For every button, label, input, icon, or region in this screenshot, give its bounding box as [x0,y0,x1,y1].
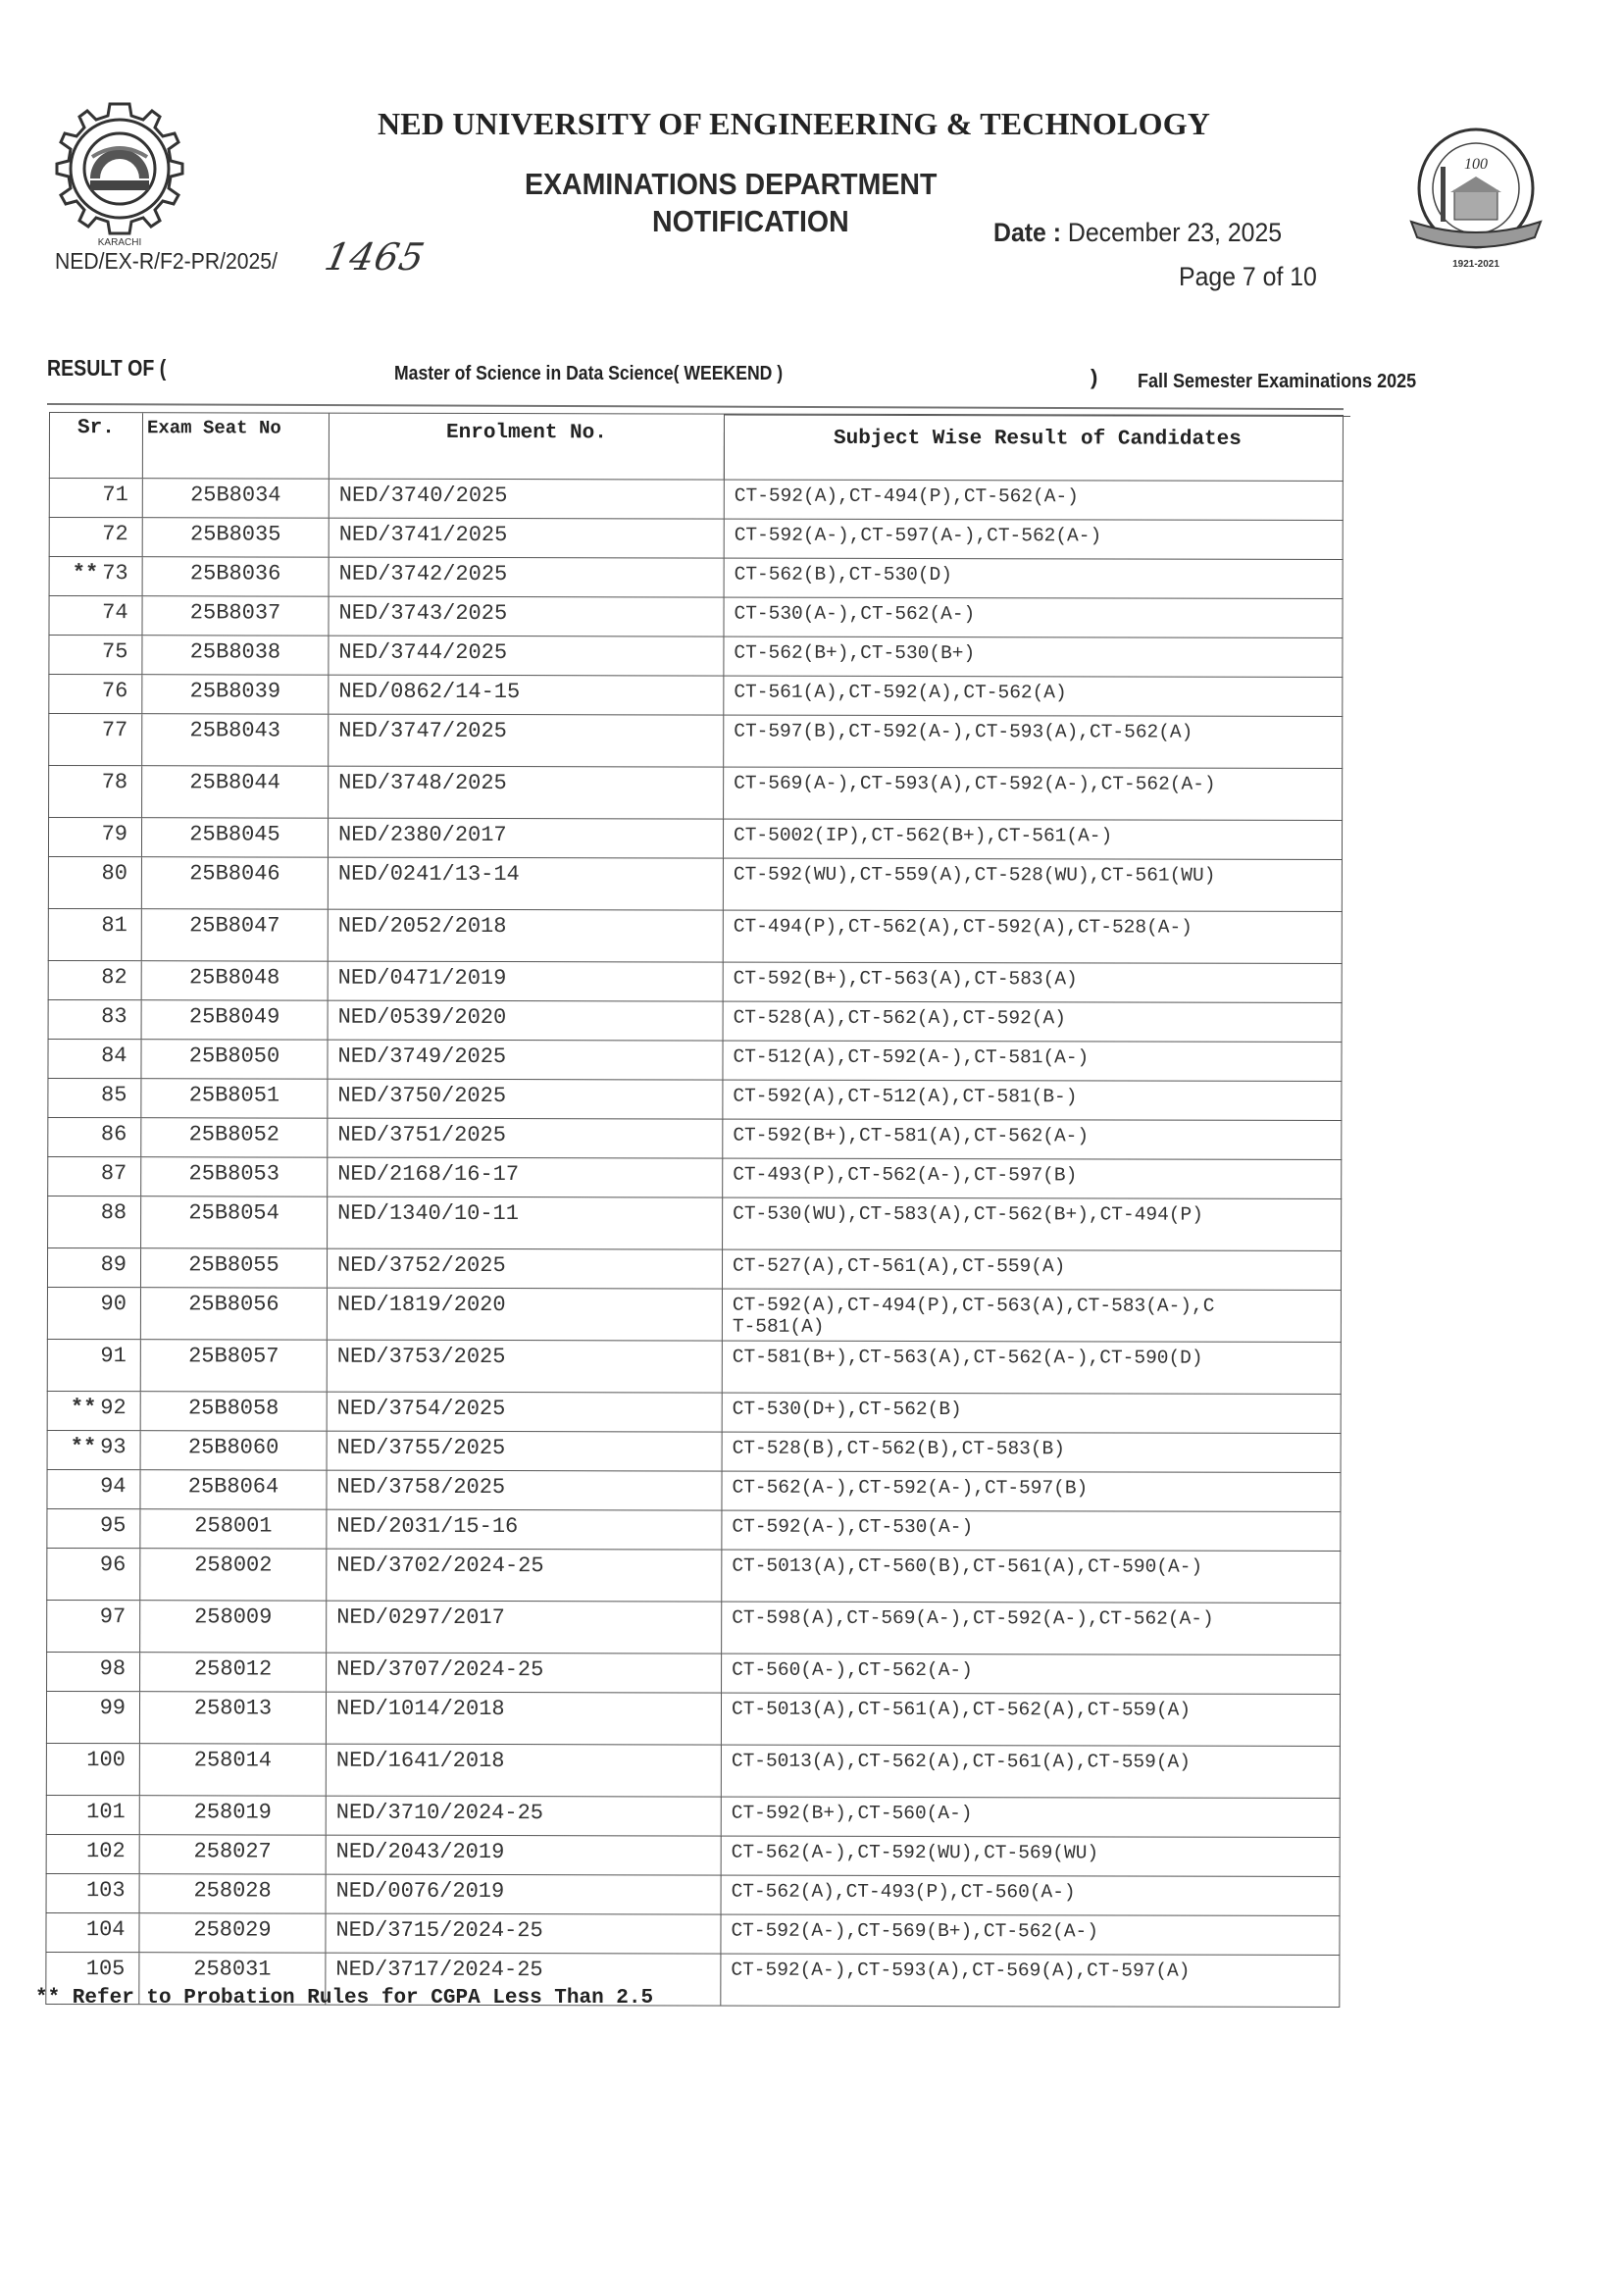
table-row: 7525B8038NED/3744/2025CT-562(B+),CT-530(… [48,635,1343,677]
cell-exam-seat-no: 25B8049 [142,1000,329,1039]
date-value: December 23, 2025 [1068,218,1282,247]
sr-number: 88 [101,1200,127,1225]
cell-enrolment-no: NED/3710/2024-25 [327,1797,722,1836]
sr-number: 105 [86,1957,126,1981]
table-row: 8625B8052NED/3751/2025CT-592(B+),CT-581(… [47,1117,1342,1159]
sr-number: 72 [102,522,127,546]
cell-sr: 85 [48,1079,141,1117]
cell-subject-result: CT-560(A-),CT-562(A-) [722,1655,1342,1694]
table-row: 8925B8055NED/3752/2025CT-527(A),CT-561(A… [47,1247,1342,1290]
cell-exam-seat-no: 258009 [140,1601,327,1652]
cell-sr: 74 [49,596,142,635]
reference-number: NED/EX-R/F2-PR/2025/ [55,248,278,275]
column-header-seat: Exam Seat No [143,413,330,478]
cell-subject-result: CT-5013(A),CT-562(A),CT-561(A),CT-559(A) [722,1746,1342,1798]
table-body: 7125B8034NED/3740/2025CT-592(A),CT-494(P… [45,478,1344,2008]
cell-enrolment-no: NED/1819/2020 [328,1289,723,1341]
cell-enrolment-no: NED/3748/2025 [329,767,724,819]
cell-enrolment-no: NED/3702/2024-25 [327,1550,722,1602]
sr-number: 74 [102,600,127,625]
cell-subject-result: CT-530(A-),CT-562(A-) [724,598,1344,637]
sr-number: 86 [101,1122,127,1146]
cell-exam-seat-no: 258029 [139,1913,326,1952]
handwritten-reference: 1465 [321,235,429,279]
cell-enrolment-no: NED/0862/14-15 [329,676,724,715]
cell-exam-seat-no: 25B8056 [141,1288,328,1339]
cell-subject-result: CT-530(WU),CT-583(A),CT-562(B+),CT-494(P… [723,1198,1343,1250]
cell-subject-result: CT-592(A),CT-494(P),CT-562(A-) [725,481,1345,520]
cell-subject-result: CT-569(A-),CT-593(A),CT-592(A-),CT-562(A… [724,768,1344,820]
cell-exam-seat-no: 25B8060 [141,1431,328,1469]
sr-number: 94 [100,1474,126,1499]
semester-name: Fall Semester Examinations 2025 [1138,371,1416,393]
cell-enrolment-no: NED/2168/16-17 [328,1158,723,1197]
cell-enrolment-no: NED/3741/2025 [330,519,725,558]
table-row: 103258028NED/0076/2019CT-562(A),CT-493(P… [46,1873,1341,1915]
table-header: Sr. Exam Seat No Enrolment No. Subject W… [49,412,1344,481]
cell-sr: 100 [47,1744,140,1795]
cell-subject-result: CT-512(A),CT-592(A-),CT-581(A-) [723,1042,1343,1081]
sr-number: 102 [86,1839,126,1863]
cell-enrolment-no: NED/1641/2018 [327,1745,722,1797]
cell-enrolment-no: NED/3742/2025 [330,558,725,597]
cell-enrolment-no: NED/3758/2025 [327,1471,722,1510]
cell-exam-seat-no: 25B8047 [142,909,329,960]
cell-sr: **92 [48,1392,141,1430]
cell-enrolment-no: NED/2052/2018 [329,910,724,962]
cell-enrolment-no: NED/3752/2025 [328,1249,723,1289]
svg-text:KARACHI: KARACHI [98,237,141,248]
sr-number: 80 [101,861,127,886]
cell-subject-result: CT-592(WU),CT-559(A),CT-528(WU),CT-561(W… [724,859,1344,911]
table-row: 7225B8035NED/3741/2025CT-592(A-),CT-597(… [49,517,1344,559]
table-row: 7825B8044NED/3748/2025CT-569(A-),CT-593(… [48,765,1343,820]
cell-exam-seat-no: 258013 [140,1692,327,1743]
sr-number: 79 [102,822,127,846]
sr-number: 99 [100,1696,126,1720]
cell-sr: 90 [48,1288,141,1339]
table-row: 7625B8039NED/0862/14-15CT-561(A),CT-592(… [48,674,1343,716]
sr-number: 92 [100,1396,126,1420]
page-number: Page 7 of 10 [1179,262,1317,292]
sr-number: 81 [101,913,127,938]
cell-subject-result: CT-581(B+),CT-563(A),CT-562(A-),CT-590(D… [723,1342,1343,1394]
table-row: 8825B8054NED/1340/10-11CT-530(WU),CT-583… [47,1196,1342,1250]
cell-enrolment-no: NED/0297/2017 [327,1602,722,1654]
cell-sr: 81 [49,909,142,960]
sr-number: 93 [100,1435,126,1459]
cell-sr: 89 [48,1248,141,1287]
cell-sr: 72 [50,518,143,556]
cell-subject-result: CT-562(B+),CT-530(B+) [724,637,1344,677]
cell-subject-result: CT-5002(IP),CT-562(B+),CT-561(A-) [724,820,1344,859]
cell-sr: 78 [49,766,142,817]
sr-number: 87 [101,1161,127,1186]
cell-sr: 103 [47,1874,140,1912]
cell-sr: 91 [48,1340,141,1391]
cell-subject-result: CT-592(A-),CT-593(A),CT-569(A),CT-597(A) [721,1955,1341,2007]
cell-subject-result: CT-561(A),CT-592(A),CT-562(A) [724,677,1344,716]
result-of-close: ) [1091,365,1097,390]
sr-number: 90 [101,1292,127,1316]
table-row: 7125B8034NED/3740/2025CT-592(A),CT-494(P… [49,478,1344,520]
cell-enrolment-no: NED/0539/2020 [329,1001,724,1041]
table-row: 9025B8056NED/1819/2020CT-592(A),CT-494(P… [47,1287,1342,1342]
sr-number: 89 [101,1252,127,1277]
cell-exam-seat-no: 25B8044 [142,766,329,817]
cell-exam-seat-no: 25B8036 [143,557,330,595]
divider [47,403,1344,410]
cell-exam-seat-no: 25B8057 [141,1340,328,1391]
ned-university-logo-icon: KARACHI [41,98,198,255]
table-row: 104258029NED/3715/2024-25CT-592(A-),CT-5… [45,1912,1340,1955]
cell-sr: 99 [47,1692,140,1743]
sr-number: 75 [102,639,127,664]
probation-flag: ** [73,561,98,585]
sr-number: 103 [86,1878,126,1903]
sr-number: 84 [101,1044,127,1068]
cell-exam-seat-no: 25B8039 [142,675,329,713]
column-header-enrolment: Enrolment No. [330,414,725,480]
table-row: 101258019NED/3710/2024-25CT-592(B+),CT-5… [46,1795,1341,1837]
column-header-result: Subject Wise Result of Candidates [724,415,1350,481]
table-row: 8225B8048NED/0471/2019CT-592(B+),CT-563(… [48,960,1343,1002]
cell-sr: 84 [48,1040,141,1078]
table-row: 9425B8064NED/3758/2025CT-562(A-),CT-592(… [46,1469,1341,1511]
table-row: 99258013NED/1014/2018CT-5013(A),CT-561(A… [46,1691,1341,1746]
table-row: **9225B8058NED/3754/2025CT-530(D+),CT-56… [47,1391,1342,1433]
department-name: EXAMINATIONS DEPARTMENT [525,167,937,202]
table-row: **7325B8036NED/3742/2025CT-562(B),CT-530… [49,556,1344,598]
cell-subject-result: CT-562(A-),CT-592(A-),CT-597(B) [722,1472,1342,1511]
cell-subject-result: CT-5013(A),CT-561(A),CT-562(A),CT-559(A) [722,1694,1342,1746]
cell-enrolment-no: NED/3753/2025 [328,1341,723,1393]
cell-subject-result: CT-592(A),CT-512(A),CT-581(B-) [723,1081,1343,1120]
cell-enrolment-no: NED/3740/2025 [330,480,725,519]
cell-sr: 79 [49,818,142,856]
cell-subject-result: CT-527(A),CT-561(A),CT-559(A) [723,1250,1343,1290]
results-table: Sr. Exam Seat No Enrolment No. Subject W… [45,412,1344,2008]
cell-subject-result: CT-592(B+),CT-563(A),CT-583(A) [724,963,1344,1002]
sr-number: 104 [86,1917,126,1942]
table-row: 8325B8049NED/0539/2020CT-528(A),CT-562(A… [48,999,1343,1042]
probation-flag: ** [71,1435,96,1459]
cell-exam-seat-no: 25B8051 [141,1079,328,1117]
cell-sr: 75 [49,636,142,674]
cell-enrolment-no: NED/3715/2024-25 [326,1914,721,1954]
cell-sr: 83 [49,1000,142,1039]
cell-subject-result: CT-5013(A),CT-560(B),CT-561(A),CT-590(A-… [722,1551,1342,1603]
table-row: 8725B8053NED/2168/16-17CT-493(P),CT-562(… [47,1156,1342,1198]
cell-subject-result: CT-530(D+),CT-562(B) [723,1394,1343,1433]
cell-subject-result: CT-592(A-),CT-569(B+),CT-562(A-) [721,1915,1341,1955]
sr-number: 101 [86,1800,126,1824]
cell-subject-result: CT-493(P),CT-562(A-),CT-597(B) [723,1159,1343,1198]
cell-enrolment-no: NED/2043/2019 [327,1836,722,1875]
cell-subject-result: CT-528(A),CT-562(A),CT-592(A) [724,1002,1344,1042]
cell-enrolment-no: NED/3751/2025 [328,1119,723,1158]
cell-subject-result: CT-592(B+),CT-581(A),CT-562(A-) [723,1120,1343,1159]
sr-number: 71 [102,483,127,507]
cell-sr: 71 [50,479,143,517]
sr-number: 78 [102,770,127,794]
cell-exam-seat-no: 25B8037 [142,596,329,635]
cell-subject-result: CT-592(A-),CT-597(A-),CT-562(A-) [725,520,1345,559]
probation-flag: ** [71,1396,96,1420]
cell-subject-result: CT-592(A-),CT-530(A-) [722,1511,1342,1551]
table-row: 7425B8037NED/3743/2025CT-530(A-),CT-562(… [48,595,1343,637]
cell-exam-seat-no: 25B8054 [141,1196,328,1247]
sr-number: 100 [86,1748,126,1772]
cell-enrolment-no: NED/3744/2025 [329,636,724,676]
cell-sr: 97 [47,1601,140,1652]
sr-number: 77 [102,718,127,742]
svg-text:100: 100 [1464,156,1488,173]
cell-exam-seat-no: 25B8034 [143,479,330,517]
cell-enrolment-no: NED/3750/2025 [328,1080,723,1119]
sr-number: 91 [100,1344,126,1368]
cell-exam-seat-no: 25B8055 [141,1248,328,1287]
cell-enrolment-no: NED/0471/2019 [329,962,724,1001]
cell-exam-seat-no: 258001 [140,1509,327,1548]
cell-sr: 96 [47,1549,140,1600]
cell-enrolment-no: NED/3749/2025 [328,1041,723,1080]
cell-subject-result: CT-562(A-),CT-592(WU),CT-569(WU) [722,1837,1342,1876]
cell-subject-result: CT-494(P),CT-562(A),CT-592(A),CT-528(A-) [724,911,1344,963]
cell-sr: 104 [46,1913,139,1952]
cell-subject-result: CT-592(B+),CT-560(A-) [722,1798,1342,1837]
program-name: Master of Science in Data Science( WEEKE… [394,363,783,385]
table-row: 95258001NED/2031/15-16CT-592(A-),CT-530(… [46,1508,1341,1551]
cell-subject-result: CT-598(A),CT-569(A-),CT-592(A-),CT-562(A… [722,1603,1342,1655]
cell-subject-result: CT-562(B),CT-530(D) [725,559,1345,598]
table-row: 96258002NED/3702/2024-25CT-5013(A),CT-56… [46,1548,1341,1603]
cell-sr: 101 [47,1796,140,1834]
cell-exam-seat-no: 258014 [140,1744,327,1795]
cell-sr: 77 [49,714,142,765]
cell-sr: 87 [48,1157,141,1196]
cell-sr: 102 [47,1835,140,1873]
footnote: ** Refer to Probation Rules for CGPA Les… [35,1987,653,2010]
cell-enrolment-no: NED/3743/2025 [329,597,724,636]
sr-number: 76 [102,679,127,703]
cell-exam-seat-no: 25B8052 [141,1118,328,1156]
centenary-logo-icon: 100 1921-2021 [1397,127,1554,275]
cell-enrolment-no: NED/1014/2018 [327,1693,722,1745]
table-row: 8425B8050NED/3749/2025CT-512(A),CT-592(A… [47,1039,1342,1081]
cell-sr: 94 [47,1470,140,1508]
cell-exam-seat-no: 25B8050 [141,1040,328,1078]
cell-enrolment-no: NED/0241/13-14 [329,858,724,910]
cell-exam-seat-no: 25B8053 [141,1157,328,1196]
cell-sr: 80 [49,857,142,908]
cell-sr: **73 [50,557,143,595]
table-row: 97258009NED/0297/2017CT-598(A),CT-569(A-… [46,1600,1341,1655]
table-row: 8125B8047NED/2052/2018CT-494(P),CT-562(A… [48,908,1343,963]
cell-subject-result: CT-562(A),CT-493(P),CT-560(A-) [722,1876,1342,1915]
sr-number: 96 [100,1553,126,1577]
sr-number: 98 [100,1656,126,1681]
cell-subject-result: CT-528(B),CT-562(B),CT-583(B) [723,1433,1343,1472]
table-row: 7925B8045NED/2380/2017CT-5002(IP),CT-562… [48,817,1343,859]
column-header-sr: Sr. [50,413,143,478]
cell-exam-seat-no: 25B8038 [142,636,329,674]
cell-exam-seat-no: 258028 [140,1874,327,1912]
cell-exam-seat-no: 25B8064 [140,1470,327,1508]
table-row: 98258012NED/3707/2024-25CT-560(A-),CT-56… [46,1652,1341,1694]
cell-exam-seat-no: 25B8058 [141,1392,328,1430]
sr-number: 83 [101,1004,127,1029]
date-label: Date : [993,218,1061,247]
cell-subject-result: CT-592(A),CT-494(P),CT-563(A),CT-583(A-)… [723,1290,1343,1342]
cell-enrolment-no: NED/3754/2025 [328,1393,723,1432]
sr-number: 97 [100,1604,126,1629]
cell-exam-seat-no: 25B8043 [142,714,329,765]
sr-number: 82 [101,965,127,990]
cell-exam-seat-no: 25B8048 [142,961,329,999]
cell-sr: 82 [49,961,142,999]
table-row: 100258014NED/1641/2018CT-5013(A),CT-562(… [46,1743,1341,1798]
table-row: **9325B8060NED/3755/2025CT-528(B),CT-562… [47,1430,1342,1472]
cell-exam-seat-no: 25B8045 [142,818,329,856]
result-of-label: RESULT OF ( [47,355,166,382]
table-row: 102258027NED/2043/2019CT-562(A-),CT-592(… [46,1834,1341,1876]
cell-subject-result: CT-597(B),CT-592(A-),CT-593(A),CT-562(A) [724,716,1344,768]
cell-exam-seat-no: 258012 [140,1653,327,1691]
cell-enrolment-no: NED/3755/2025 [328,1432,723,1471]
table-row: 9125B8057NED/3753/2025CT-581(B+),CT-563(… [47,1339,1342,1394]
cell-enrolment-no: NED/3707/2024-25 [327,1654,722,1693]
cell-exam-seat-no: 258019 [140,1796,327,1834]
cell-exam-seat-no: 25B8035 [143,518,330,556]
notification-page: KARACHI NED UNIVERSITY OF ENGINEERING & … [0,0,1624,2291]
cell-sr: 88 [48,1196,141,1247]
cell-exam-seat-no: 258002 [140,1549,327,1600]
cell-enrolment-no: NED/2380/2017 [329,819,724,858]
table-row: 8025B8046NED/0241/13-14CT-592(WU),CT-559… [48,856,1343,911]
university-name: NED UNIVERSITY OF ENGINEERING & TECHNOLO… [378,106,1210,142]
cell-enrolment-no: NED/0076/2019 [327,1875,722,1914]
sr-number: 73 [102,561,127,585]
date-line: Date : December 23, 2025 [993,218,1282,248]
sr-number: 85 [101,1083,127,1107]
svg-text:1921-2021: 1921-2021 [1452,259,1499,270]
cell-sr: 86 [48,1118,141,1156]
sr-number: 95 [100,1513,126,1538]
cell-sr: 98 [47,1653,140,1691]
cell-exam-seat-no: 25B8046 [142,857,329,908]
table-row: 7725B8043NED/3747/2025CT-597(B),CT-592(A… [48,713,1343,768]
cell-sr: 76 [49,675,142,713]
document-type: NOTIFICATION [652,204,849,239]
table-row: 8525B8051NED/3750/2025CT-592(A),CT-512(A… [47,1078,1342,1120]
cell-enrolment-no: NED/1340/10-11 [328,1197,723,1249]
cell-sr: **93 [48,1431,141,1469]
cell-enrolment-no: NED/2031/15-16 [327,1510,722,1550]
cell-exam-seat-no: 258027 [140,1835,327,1873]
cell-enrolment-no: NED/3747/2025 [329,715,724,767]
cell-sr: 95 [47,1509,140,1548]
